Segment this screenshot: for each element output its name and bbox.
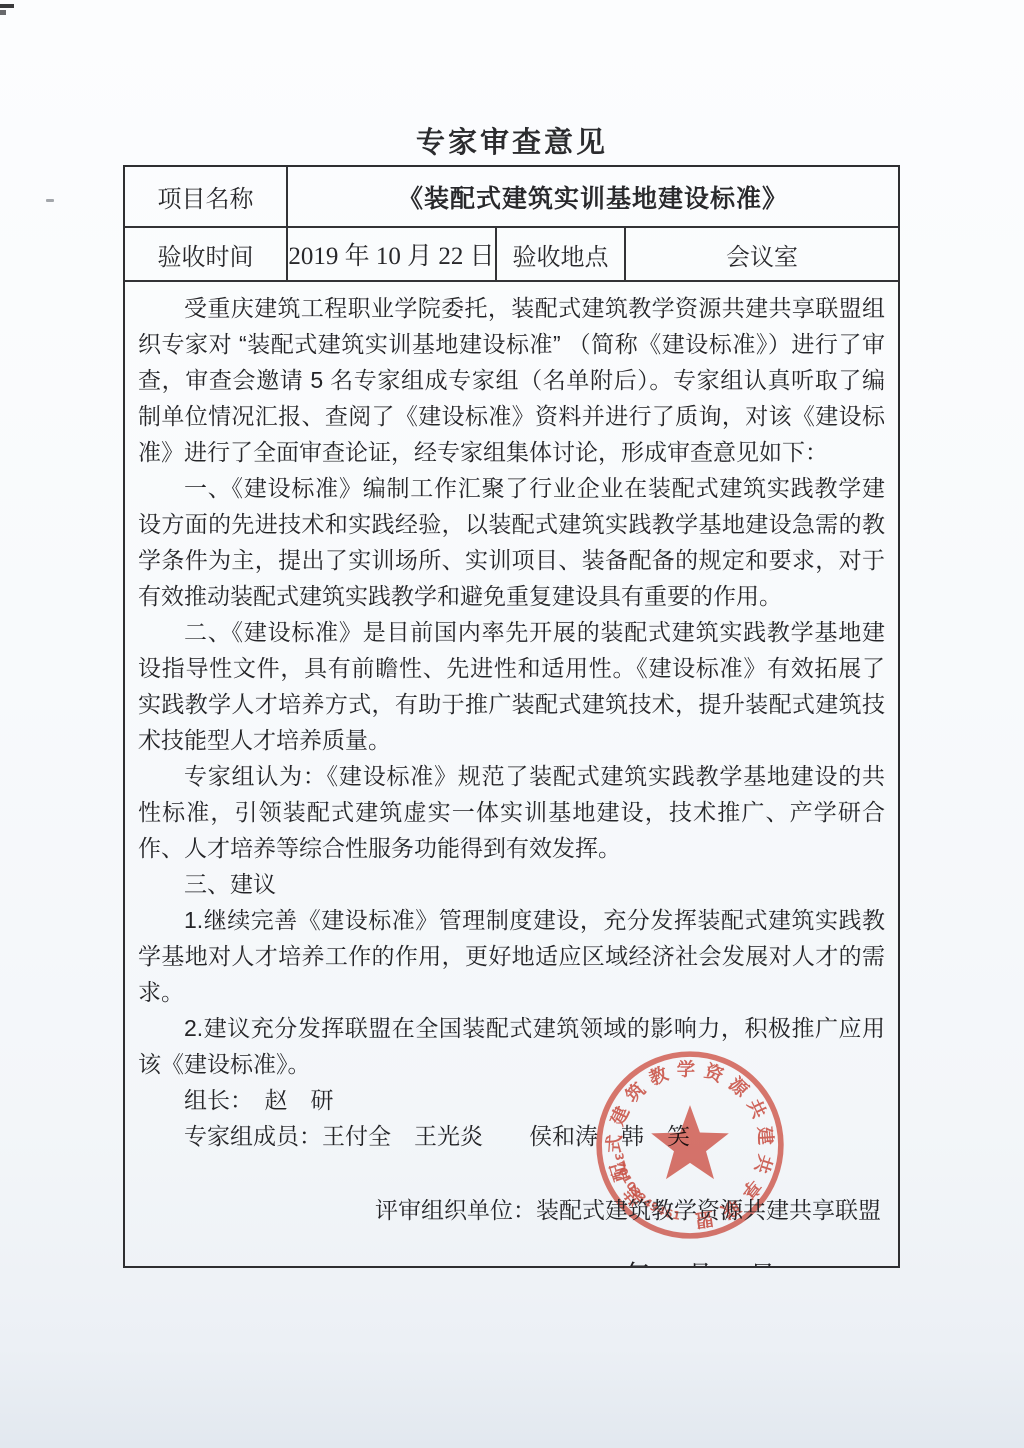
seal-star-icon <box>651 1105 729 1179</box>
acceptance-place-label: 验收地点 <box>497 228 626 280</box>
project-name-label: 项目名称 <box>125 167 288 226</box>
review-organizer-line: 评审组织单位：装配式建筑教学资源共建共享联盟 <box>138 1192 885 1228</box>
opinion-paragraph: 二、《建设标准》是目前国内率先开展的装配式建筑实践教学基地建设指导性文件，具有前… <box>138 614 885 758</box>
scanned-page-background: 专家审查意见 项目名称 《装配式建筑实训基地建设标准》 验收时间 2019 年 … <box>0 0 1024 1448</box>
acceptance-place-value: 会议室 <box>626 228 898 280</box>
project-name-value: 《装配式建筑实训基地建设标准》 <box>288 167 898 226</box>
scan-artifact-mark <box>0 10 6 15</box>
acceptance-time-label: 验收时间 <box>125 228 288 280</box>
scan-artifact-dash <box>46 199 54 202</box>
scan-artifact-mark <box>0 4 14 8</box>
page-title: 专家审查意见 <box>0 120 1024 161</box>
opinion-paragraph: 专家组认为：《建设标准》规范了装配式建筑实践教学基地建设的共性标准，引领装配式建… <box>138 758 885 866</box>
opinion-paragraph: 一、《建设标准》编制工作汇聚了行业企业在装配式建筑实践教学建设方面的先进技术和实… <box>138 470 885 614</box>
table-row-acceptance: 验收时间 2019 年 10 月 22 日 验收地点 会议室 <box>125 228 898 282</box>
table-row-project: 项目名称 《装配式建筑实训基地建设标准》 <box>125 167 898 228</box>
opinion-paragraph: 1.继续完善《建设标准》管理制度建设，充分发挥装配式建筑实践教学基地对人才培养工… <box>138 902 885 1010</box>
review-date: 2019 年 10 月 22 日 <box>138 1258 885 1266</box>
opinion-paragraph-suggestion-heading: 三、建议 <box>138 866 885 902</box>
opinion-paragraph: 受重庆建筑工程职业学院委托，装配式建筑教学资源共建共享联盟组织专家对 “装配式建… <box>138 290 885 470</box>
acceptance-time-value: 2019 年 10 月 22 日 <box>288 228 497 280</box>
